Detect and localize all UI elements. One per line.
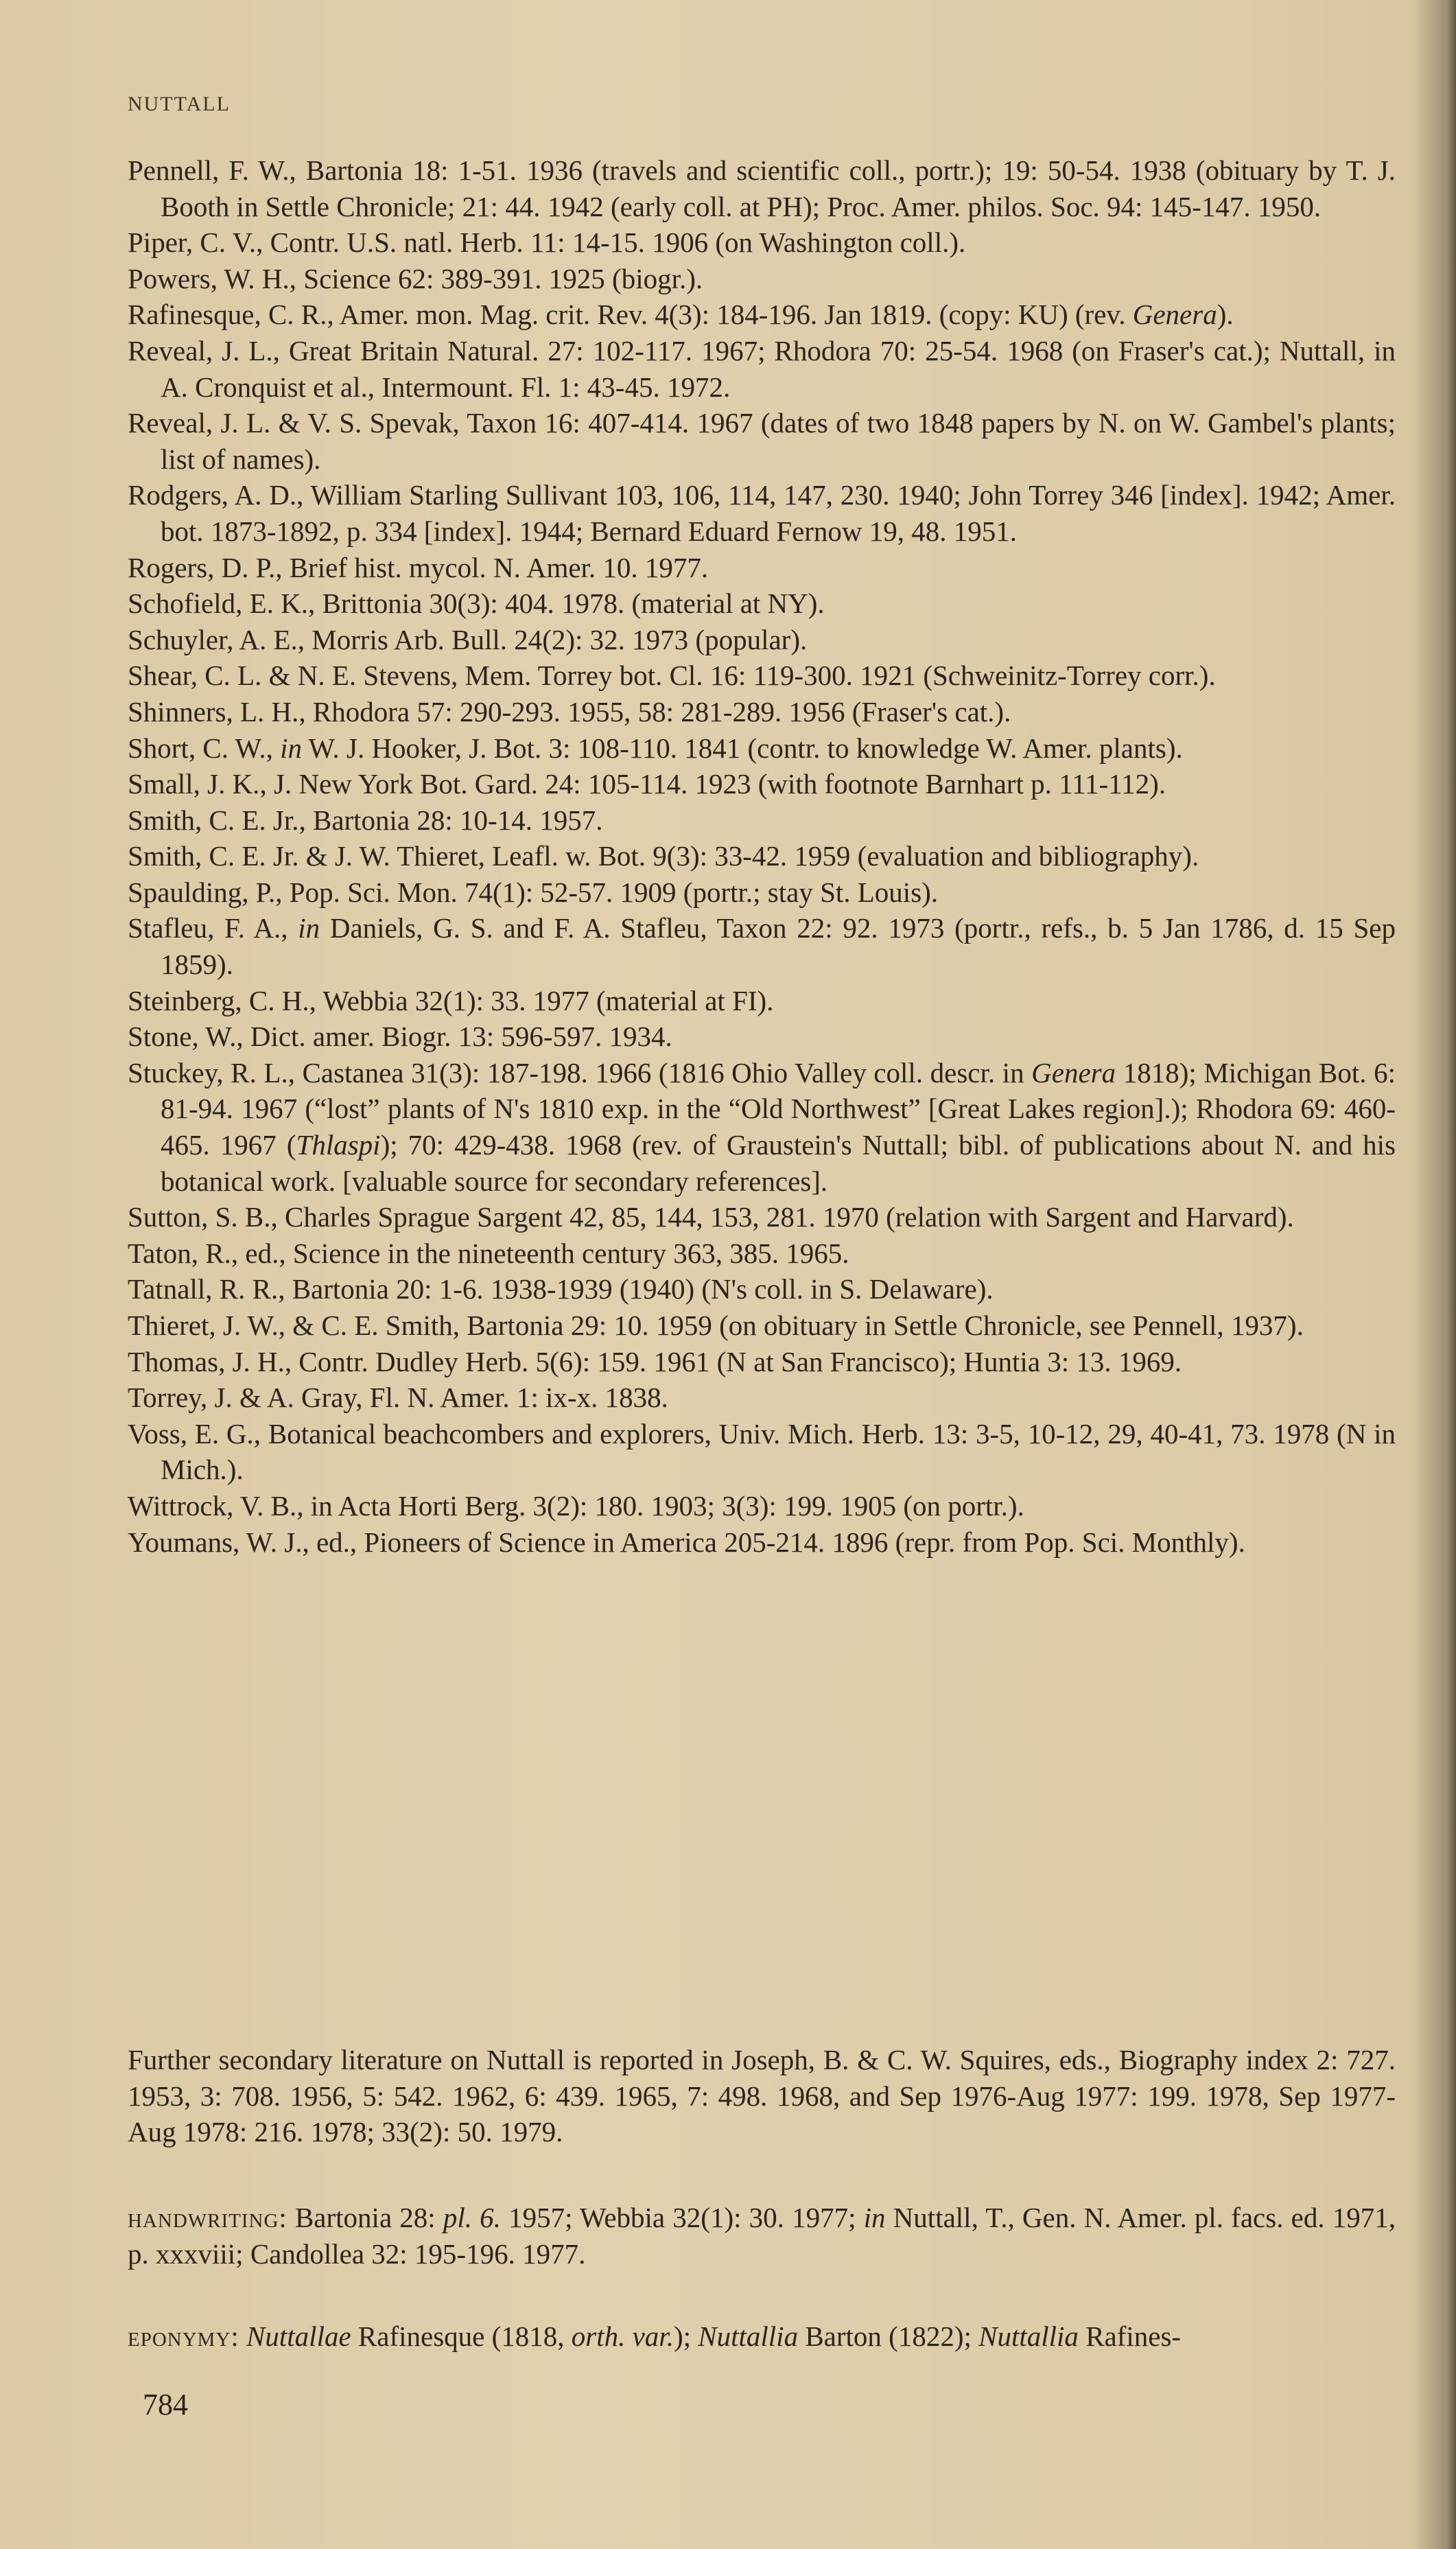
ref-text: Dict. amer. Biogr. 13: 596-597. 1934. xyxy=(244,1021,672,1052)
ref-author: Schofield, E. K., xyxy=(128,587,315,619)
ref-author: Rodgers, A. D., xyxy=(128,479,303,511)
ref-author: Torrey, J. & A. Gray, xyxy=(128,1382,363,1413)
reference-entry: Stone, W., Dict. amer. Biogr. 13: 596-59… xyxy=(128,1019,1396,1055)
ref-author: Rafinesque, C. R., xyxy=(128,299,334,330)
ref-author: Shear, C. L. & N. E. Stevens, xyxy=(128,660,458,691)
para-text: ); xyxy=(674,2320,698,2352)
ref-author: Stafleu, F. A., xyxy=(128,912,287,944)
para-text: Bartonia 28: xyxy=(287,2202,443,2233)
ref-text: Contr. U.S. natl. Herb. 11: 14-15. 1906 … xyxy=(263,226,965,258)
ref-text: Fl. N. Amer. 1: ix-x. 1838. xyxy=(363,1382,668,1413)
ref-text: Charles Sprague Sargent 42, 85, 144, 153… xyxy=(278,1201,1294,1233)
reference-entry: Youmans, W. J., ed., Pioneers of Science… xyxy=(128,1524,1396,1561)
handwriting-paragraph: Handwriting: Bartonia 28: pl. 6. 1957; W… xyxy=(128,2200,1396,2272)
running-head: NUTTALL xyxy=(128,93,231,116)
ref-author: Voss, E. G., xyxy=(128,1418,261,1450)
ref-author: Pennell, F. W., xyxy=(128,154,296,186)
handwriting-label: Handwriting: xyxy=(128,2202,287,2233)
ref-author: Taton, R., ed., xyxy=(128,1237,286,1269)
ref-author: Smith, C. E. Jr., xyxy=(128,804,306,836)
ref-author: Reveal, J. L., xyxy=(128,335,280,366)
ref-text: Morris Arb. Bull. 24(2): 32. 1973 (popul… xyxy=(305,624,807,655)
ref-text: Bartonia 20: 1-6. 1938-1939 (1940) (N's … xyxy=(285,1273,993,1305)
ref-italic: Thlaspi xyxy=(296,1129,381,1161)
reference-entry: Piper, C. V., Contr. U.S. natl. Herb. 11… xyxy=(128,224,1396,261)
ref-author: Thieret, J. W., & C. E. Smith, xyxy=(128,1310,460,1341)
ref-author: Thomas, J. H., xyxy=(128,1346,292,1377)
ref-author: Stuckey, R. L., xyxy=(128,1057,295,1089)
ref-text: Bartonia 29: 10. 1959 (on obituary in Se… xyxy=(460,1310,1304,1341)
ref-author: Small, J. K., xyxy=(128,768,267,800)
ref-italic: in xyxy=(280,732,302,764)
ref-text: Castanea 31(3): 187-198. 1966 (1816 Ohio… xyxy=(295,1057,1031,1089)
ref-text: Brief hist. mycol. N. Amer. 10. 1977. xyxy=(283,552,709,583)
ref-text: Bartonia 28: 10-14. 1957. xyxy=(306,804,603,836)
reference-entry: Schuyler, A. E., Morris Arb. Bull. 24(2)… xyxy=(128,622,1396,658)
reference-entry: Spaulding, P., Pop. Sci. Mon. 74(1): 52-… xyxy=(128,874,1396,911)
ref-author: Reveal, J. L. & V. S. Spevak, xyxy=(128,407,460,439)
ref-author: Steinberg, C. H., xyxy=(128,985,316,1016)
para-text: Rafines- xyxy=(1079,2320,1181,2352)
para-text: Rafinesque (1818, xyxy=(351,2320,572,2352)
ref-text: Pioneers of Science in America 205-214. … xyxy=(357,1526,1245,1558)
reference-entry: Powers, W. H., Science 62: 389-391. 1925… xyxy=(128,261,1396,297)
ref-text: William Starling Sullivant 103, 106, 114… xyxy=(161,479,1396,547)
ref-text: Rhodora 57: 290-293. 1955, 58: 281-289. … xyxy=(306,696,1011,728)
eponymy-paragraph: Eponymy: Nuttallae Rafinesque (1818, ort… xyxy=(128,2318,1396,2355)
ref-author: Schuyler, A. E., xyxy=(128,624,305,655)
reference-entry: Taton, R., ed., Science in the nineteent… xyxy=(128,1235,1396,1272)
further-literature-paragraph: Further secondary literature on Nuttall … xyxy=(128,2042,1396,2150)
reference-entry: Voss, E. G., Botanical beachcombers and … xyxy=(128,1416,1396,1488)
reference-entry: Shear, C. L. & N. E. Stevens, Mem. Torre… xyxy=(128,657,1396,694)
ref-author: Wittrock, V. B., xyxy=(128,1490,304,1522)
reference-entry: Reveal, J. L., Great Britain Natural. 27… xyxy=(128,333,1396,405)
para-text: 1957; Webbia 32(1): 30. 1977; xyxy=(501,2202,864,2233)
ref-text: W. J. Hooker, J. Bot. 3: 108-110. 1841 (… xyxy=(302,732,1183,764)
reference-entry: Shinners, L. H., Rhodora 57: 290-293. 19… xyxy=(128,694,1396,730)
ref-text xyxy=(273,732,280,764)
para-italic: Nuttallia xyxy=(698,2320,798,2352)
ref-text: Great Britain Natural. 27: 102-117. 1967… xyxy=(161,335,1396,403)
reference-entry: Stuckey, R. L., Castanea 31(3): 187-198.… xyxy=(128,1055,1396,1199)
reference-entry: Reveal, J. L. & V. S. Spevak, Taxon 16: … xyxy=(128,405,1396,477)
eponymy-label: Eponymy: xyxy=(128,2320,239,2352)
para-text: Barton (1822); xyxy=(798,2320,978,2352)
ref-author: Sutton, S. B., xyxy=(128,1201,278,1233)
reference-entry: Rafinesque, C. R., Amer. mon. Mag. crit.… xyxy=(128,296,1396,333)
reference-entry: Tatnall, R. R., Bartonia 20: 1-6. 1938-1… xyxy=(128,1271,1396,1307)
ref-text: Bartonia 18: 1-51. 1936 (travels and sci… xyxy=(161,154,1396,222)
ref-italic: Genera xyxy=(1133,299,1217,330)
ref-text xyxy=(287,912,298,944)
ref-text: Brittonia 30(3): 404. 1978. (material at… xyxy=(315,587,824,619)
reference-entry: Smith, C. E. Jr. & J. W. Thieret, Leafl.… xyxy=(128,838,1396,874)
ref-text: Pop. Sci. Mon. 74(1): 52-57. 1909 (portr… xyxy=(283,876,939,908)
page-number: 784 xyxy=(143,2387,188,2422)
reference-entry: Smith, C. E. Jr., Bartonia 28: 10-14. 19… xyxy=(128,802,1396,839)
ref-italic: Genera xyxy=(1031,1057,1116,1089)
ref-text: Daniels, G. S. and F. A. Stafleu, Taxon … xyxy=(161,912,1396,980)
reference-entry: Thomas, J. H., Contr. Dudley Herb. 5(6):… xyxy=(128,1344,1396,1380)
ref-author: Piper, C. V., xyxy=(128,226,263,258)
reference-entry: Rogers, D. P., Brief hist. mycol. N. Ame… xyxy=(128,550,1396,586)
ref-text: Leafl. w. Bot. 9(3): 33-42. 1959 (evalua… xyxy=(485,840,1199,872)
reference-entry: Stafleu, F. A., in Daniels, G. S. and F.… xyxy=(128,910,1396,982)
para-italic: Nuttallia xyxy=(978,2320,1079,2352)
ref-author: Youmans, W. J., ed., xyxy=(128,1526,357,1558)
ref-author: Spaulding, P., xyxy=(128,876,283,908)
ref-text: in Acta Horti Berg. 3(2): 180. 1903; 3(3… xyxy=(304,1490,1024,1522)
ref-text: ). xyxy=(1217,299,1234,330)
ref-author: Smith, C. E. Jr. & J. W. Thieret, xyxy=(128,840,485,872)
ref-text: Science in the nineteenth century 363, 3… xyxy=(286,1237,849,1269)
para-italic: in xyxy=(864,2202,886,2233)
reference-entry: Steinberg, C. H., Webbia 32(1): 33. 1977… xyxy=(128,983,1396,1019)
ref-text: J. New York Bot. Gard. 24: 105-114. 1923… xyxy=(267,768,1166,800)
reference-entry: Wittrock, V. B., in Acta Horti Berg. 3(2… xyxy=(128,1488,1396,1524)
ref-author: Stone, W., xyxy=(128,1021,244,1052)
ref-italic: in xyxy=(298,912,320,944)
ref-text: Contr. Dudley Herb. 5(6): 159. 1961 (N a… xyxy=(292,1346,1182,1377)
para-italic: orth. var. xyxy=(572,2320,674,2352)
para-italic: pl. 6. xyxy=(443,2202,501,2233)
ref-text: Science 62: 389-391. 1925 (biogr.). xyxy=(296,263,703,294)
ref-author: Tatnall, R. R., xyxy=(128,1273,285,1305)
reference-entry: Torrey, J. & A. Gray, Fl. N. Amer. 1: ix… xyxy=(128,1380,1396,1416)
ref-text: Botanical beachcombers and explorers, Un… xyxy=(161,1418,1396,1486)
reference-entry: Small, J. K., J. New York Bot. Gard. 24:… xyxy=(128,766,1396,802)
ref-text: Amer. mon. Mag. crit. Rev. 4(3): 184-196… xyxy=(334,299,1133,330)
ref-text: Mem. Torrey bot. Cl. 16: 119-300. 1921 (… xyxy=(458,660,1215,691)
reference-entry: Pennell, F. W., Bartonia 18: 1-51. 1936 … xyxy=(128,152,1396,224)
ref-author: Powers, W. H., xyxy=(128,263,296,294)
ref-author: Shinners, L. H., xyxy=(128,696,306,728)
reference-entry: Rodgers, A. D., William Starling Sulliva… xyxy=(128,477,1396,549)
reference-entry: Schofield, E. K., Brittonia 30(3): 404. … xyxy=(128,585,1396,622)
ref-author: Short, C. W., xyxy=(128,732,273,764)
para-italic: Nuttallae xyxy=(239,2320,351,2352)
ref-author: Rogers, D. P., xyxy=(128,552,283,583)
ref-text: Webbia 32(1): 33. 1977 (material at FI). xyxy=(316,985,774,1016)
reference-entry: Thieret, J. W., & C. E. Smith, Bartonia … xyxy=(128,1307,1396,1344)
reference-list: Pennell, F. W., Bartonia 18: 1-51. 1936 … xyxy=(128,152,1396,1560)
reference-entry: Short, C. W., in W. J. Hooker, J. Bot. 3… xyxy=(128,730,1396,767)
reference-entry: Sutton, S. B., Charles Sprague Sargent 4… xyxy=(128,1199,1396,1235)
